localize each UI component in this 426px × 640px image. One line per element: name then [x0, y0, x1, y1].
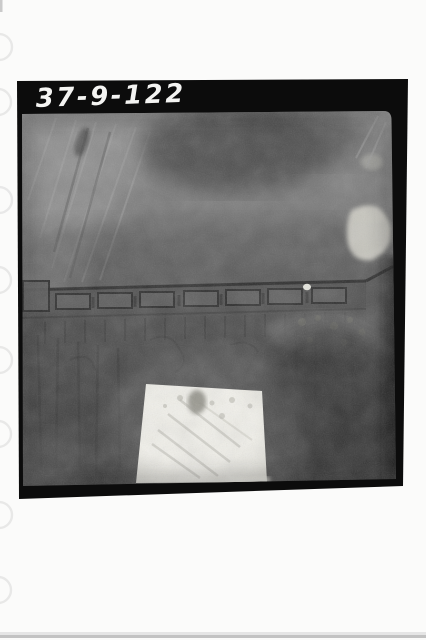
- film-grain-coarse: [17, 79, 408, 499]
- bottom-edge-line: [0, 635, 426, 638]
- catalog-number: 37-9-122: [35, 79, 186, 114]
- archival-photo-scan: 37-9-122: [0, 0, 426, 640]
- page-bottom-edge: [0, 632, 426, 638]
- bottom-edge-soft: [0, 632, 426, 635]
- photo-print: 37-9-122: [3, 79, 408, 510]
- scan-page: 37-9-122: [0, 0, 426, 640]
- photo-image: [3, 79, 408, 510]
- scan-edge-mark: [0, 0, 3, 12]
